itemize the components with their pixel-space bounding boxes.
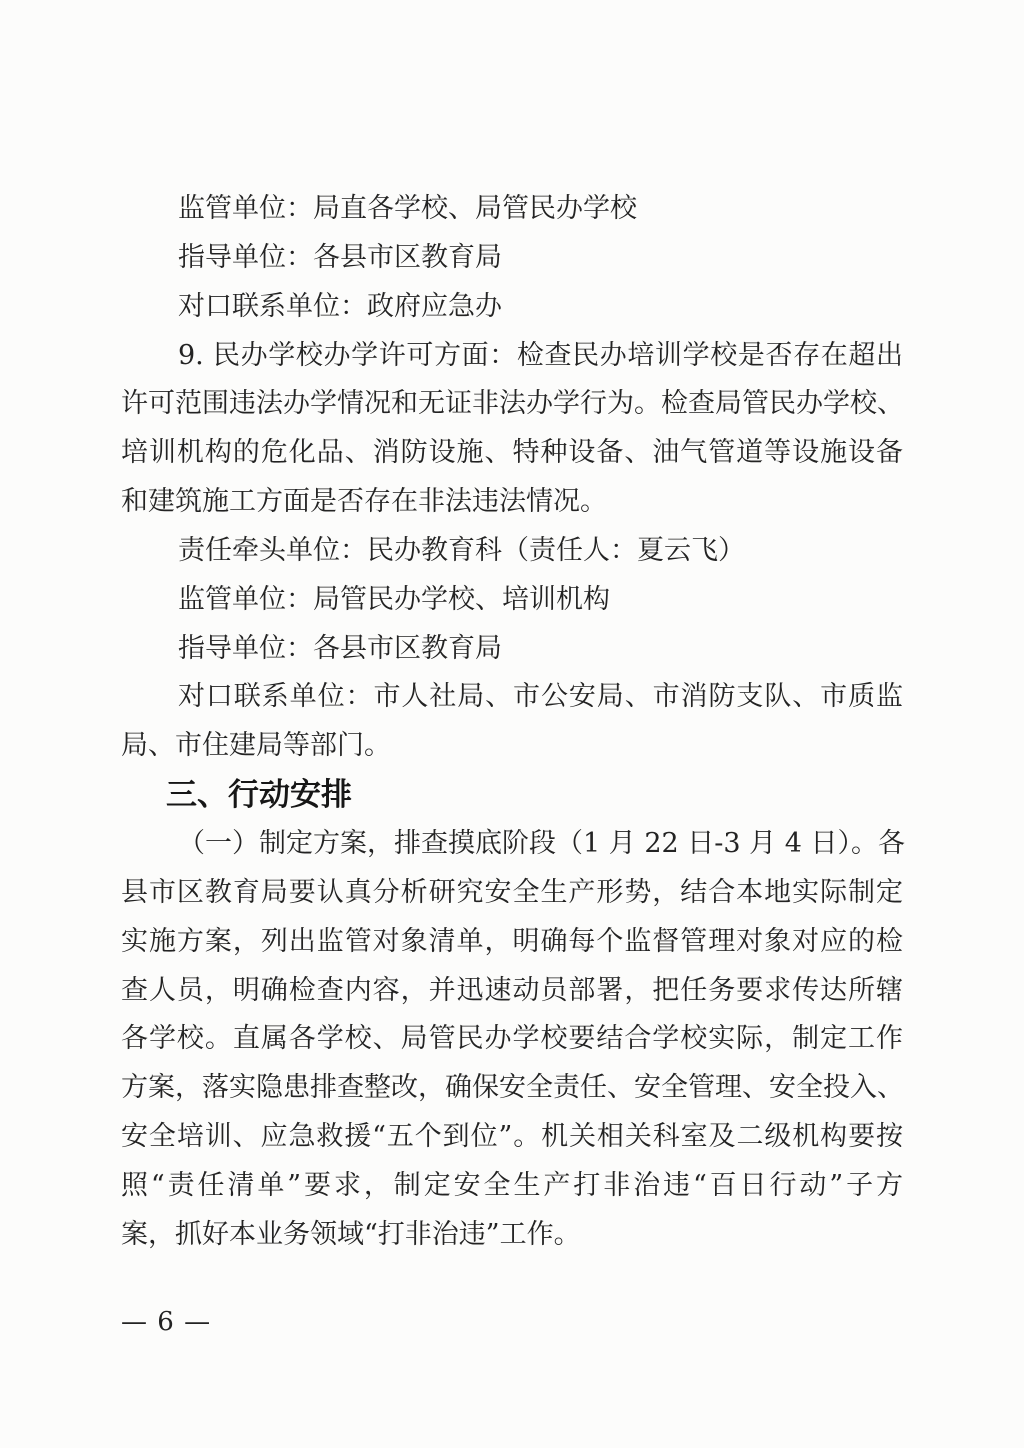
text-line: 安全培训、应急救援“五个到位”。机关相关科室及二级机构要按 <box>121 1113 903 1162</box>
text-line: 9. 民办学校办学许可方面：检查民办培训学校是否存在超出 <box>121 332 903 381</box>
text-line: 照“责任清单”要求，制定安全生产打非治违“百日行动”子方 <box>121 1162 903 1211</box>
text-line: 监管单位：局管民办学校、培训机构 <box>121 576 903 625</box>
text-line: （一）制定方案，排查摸底阶段（1 月 22 日-3 月 4 日）。各 <box>121 820 903 869</box>
text-line: 案，抓好本业务领域“打非治违”工作。 <box>121 1211 903 1260</box>
text-line: 各学校。直属各学校、局管民办学校要结合学校实际，制定工作 <box>121 1015 903 1064</box>
text-line: 和建筑施工方面是否存在非法违法情况。 <box>121 478 903 527</box>
text-line: 查人员，明确检查内容，并迅速动员部署，把任务要求传达所辖 <box>121 967 903 1016</box>
text-line: 指导单位：各县市区教育局 <box>121 625 903 674</box>
document-page: 监管单位：局直各学校、局管民办学校 指导单位：各县市区教育局 对口联系单位：政府… <box>0 0 1024 1448</box>
text-line: 实施方案，列出监管对象清单，明确每个监督管理对象对应的检 <box>121 918 903 967</box>
document-body: 监管单位：局直各学校、局管民办学校 指导单位：各县市区教育局 对口联系单位：政府… <box>121 185 903 1260</box>
section-heading: 三、行动安排 <box>121 771 903 820</box>
text-line: 对口联系单位：政府应急办 <box>121 283 903 332</box>
text-line: 监管单位：局直各学校、局管民办学校 <box>121 185 903 234</box>
text-line: 培训机构的危化品、消防设施、特种设备、油气管道等设施设备 <box>121 429 903 478</box>
text-line: 责任牵头单位：民办教育科（责任人：夏云飞） <box>121 527 903 576</box>
text-line: 指导单位：各县市区教育局 <box>121 234 903 283</box>
text-line: 方案，落实隐患排查整改，确保安全责任、安全管理、安全投入、 <box>121 1064 903 1113</box>
text-line: 对口联系单位：市人社局、市公安局、市消防支队、市质监 <box>121 673 903 722</box>
text-line: 县市区教育局要认真分析研究安全生产形势，结合本地实际制定 <box>121 869 903 918</box>
page-number: — 6 — <box>121 1306 211 1338</box>
text-line: 许可范围违法办学情况和无证非法办学行为。检查局管民办学校、 <box>121 380 903 429</box>
text-line: 局、市住建局等部门。 <box>121 722 903 771</box>
